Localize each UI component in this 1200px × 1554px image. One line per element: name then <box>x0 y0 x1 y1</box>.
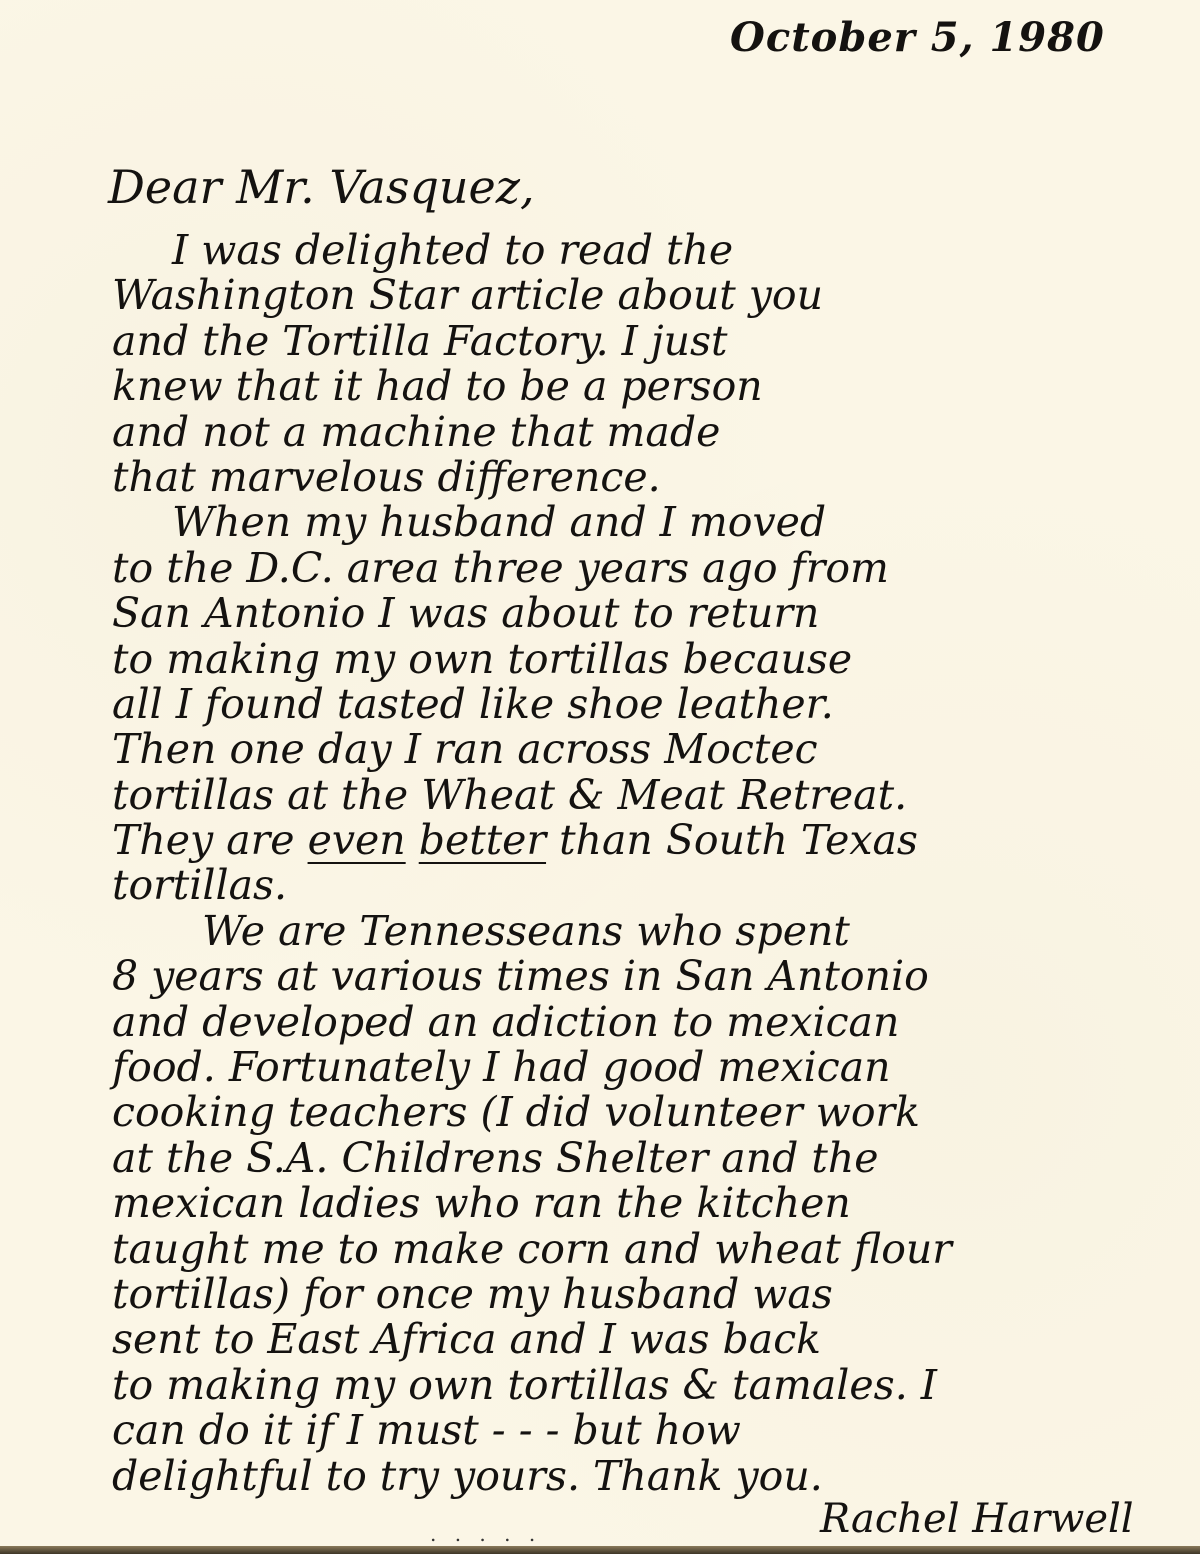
body-line: tortillas at the Wheat & Meat Retreat. <box>112 773 1112 818</box>
body-line: delightful to try yours. Thank you. <box>112 1454 1112 1499</box>
body-line: to making my own tortillas because <box>112 637 1112 682</box>
body-line: Washington Star article about you <box>112 273 1112 318</box>
body-line: San Antonio I was about to return <box>112 591 1112 636</box>
body-line: that marvelous difference. <box>112 455 1112 500</box>
signature: Rachel Harwell <box>820 1496 1134 1542</box>
body-line: mexican ladies who ran the kitchen <box>112 1181 1112 1226</box>
body-line: to the D.C. area three years ago from <box>112 546 1112 591</box>
letter-body: I was delighted to read the Washington S… <box>112 228 1112 1499</box>
body-line: to making my own tortillas & tamales. I <box>112 1363 1112 1408</box>
underlined-word-even: even <box>308 816 406 864</box>
text-prefix: They are <box>112 816 308 864</box>
body-line: Then one day I ran across Moctec <box>112 727 1112 772</box>
body-line: cooking teachers (I did volunteer work <box>112 1090 1112 1135</box>
body-line: tortillas) for once my husband was <box>112 1272 1112 1317</box>
body-line: I was delighted to read the <box>112 228 1112 273</box>
paper-bottom-edge <box>0 1546 1200 1554</box>
letter-date: October 5, 1980 <box>730 14 1105 61</box>
text-space <box>406 816 419 864</box>
body-line: sent to East Africa and I was back <box>112 1317 1112 1362</box>
body-line-emphasis: They are even better than South Texas <box>112 818 1112 863</box>
body-line: food. Fortunately I had good mexican <box>112 1045 1112 1090</box>
body-line: 8 years at various times in San Antonio <box>112 954 1112 999</box>
body-line: and not a machine that made <box>112 410 1112 455</box>
body-line: all I found tasted like shoe leather. <box>112 682 1112 727</box>
letter-paper: October 5, 1980 Dear Mr. Vasquez, I was … <box>0 0 1200 1546</box>
body-line: When my husband and I moved <box>112 500 1112 545</box>
text-suffix: than South Texas <box>546 816 918 864</box>
salutation: Dear Mr. Vasquez, <box>108 160 535 214</box>
body-line: at the S.A. Childrens Shelter and the <box>112 1136 1112 1181</box>
body-line: We are Tennesseans who spent <box>112 909 1112 954</box>
ink-smudge: . . . . . <box>430 1522 541 1546</box>
body-line: and the Tortilla Factory. I just <box>112 319 1112 364</box>
underlined-word-better: better <box>419 816 546 864</box>
body-line: tortillas. <box>112 863 1112 908</box>
body-line: taught me to make corn and wheat flour <box>112 1227 1112 1272</box>
body-line: can do it if I must - - - but how <box>112 1408 1112 1453</box>
body-line: knew that it had to be a person <box>112 364 1112 409</box>
body-line: and developed an adiction to mexican <box>112 1000 1112 1045</box>
